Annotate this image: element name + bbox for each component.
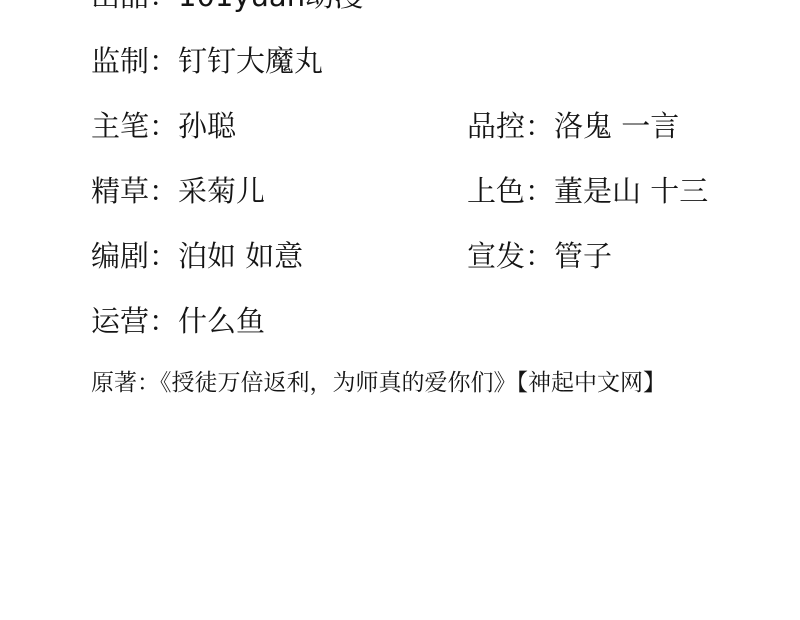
credit-operations: 运营：什么鱼 <box>91 304 265 338</box>
credit-lead-artist: 主笔：孙聪 <box>91 109 236 143</box>
source-role: 原著 <box>91 370 137 396</box>
credit-name: 孙聪 <box>178 109 236 143</box>
credit-role: 监制 <box>91 44 149 78</box>
credits-page: 出品：101yuan动漫 监制：钉钉大魔丸 主笔：孙聪 品控：洛鬼 一言 精草：… <box>0 0 800 620</box>
credit-name: 什么鱼 <box>178 304 265 338</box>
credit-role: 编剧 <box>91 239 149 273</box>
credit-role: 出品 <box>91 0 149 13</box>
original-work: 原著：《授徒万倍返利，为师真的爱你们》【神起中文网】 <box>91 367 666 399</box>
credit-separator: ： <box>149 44 178 78</box>
credit-separator: ： <box>149 239 178 273</box>
credit-quality-control: 品控：洛鬼 一言 <box>467 109 679 143</box>
credit-role: 主笔 <box>91 109 149 143</box>
credit-role: 精草 <box>91 174 149 208</box>
credit-separator: ： <box>525 109 554 143</box>
source-separator: ： <box>137 370 160 396</box>
credit-role: 运营 <box>91 304 149 338</box>
credit-role: 品控 <box>467 109 525 143</box>
source-publisher: 【神起中文网】 <box>517 370 667 396</box>
credit-name: 董是山 十三 <box>554 174 708 208</box>
credit-role: 上色 <box>467 174 525 208</box>
credit-producer: 出品：101yuan动漫 <box>91 0 363 13</box>
credit-name: 采菊儿 <box>178 174 265 208</box>
credit-name: 钉钉大魔丸 <box>178 44 323 78</box>
credit-name: 101yuan动漫 <box>178 0 363 13</box>
credit-role: 宣发 <box>467 239 525 273</box>
credit-supervisor: 监制：钉钉大魔丸 <box>91 44 323 78</box>
credit-name: 洛鬼 一言 <box>554 109 679 143</box>
credit-separator: ： <box>149 304 178 338</box>
credit-separator: ： <box>525 174 554 208</box>
credit-separator: ： <box>149 109 178 143</box>
source-title: 《授徒万倍返利，为师真的爱你们》 <box>160 370 517 396</box>
credit-separator: ： <box>525 239 554 273</box>
credit-name: 泊如 如意 <box>178 239 303 273</box>
credit-name: 管子 <box>554 239 612 273</box>
credit-separator: ： <box>149 174 178 208</box>
credit-screenwriter: 编剧：泊如 如意 <box>91 239 303 273</box>
credit-separator: ： <box>149 0 178 13</box>
credit-promotion: 宣发：管子 <box>467 239 612 273</box>
credit-coloring: 上色：董是山 十三 <box>467 174 708 208</box>
credit-sketch: 精草：采菊儿 <box>91 174 265 208</box>
